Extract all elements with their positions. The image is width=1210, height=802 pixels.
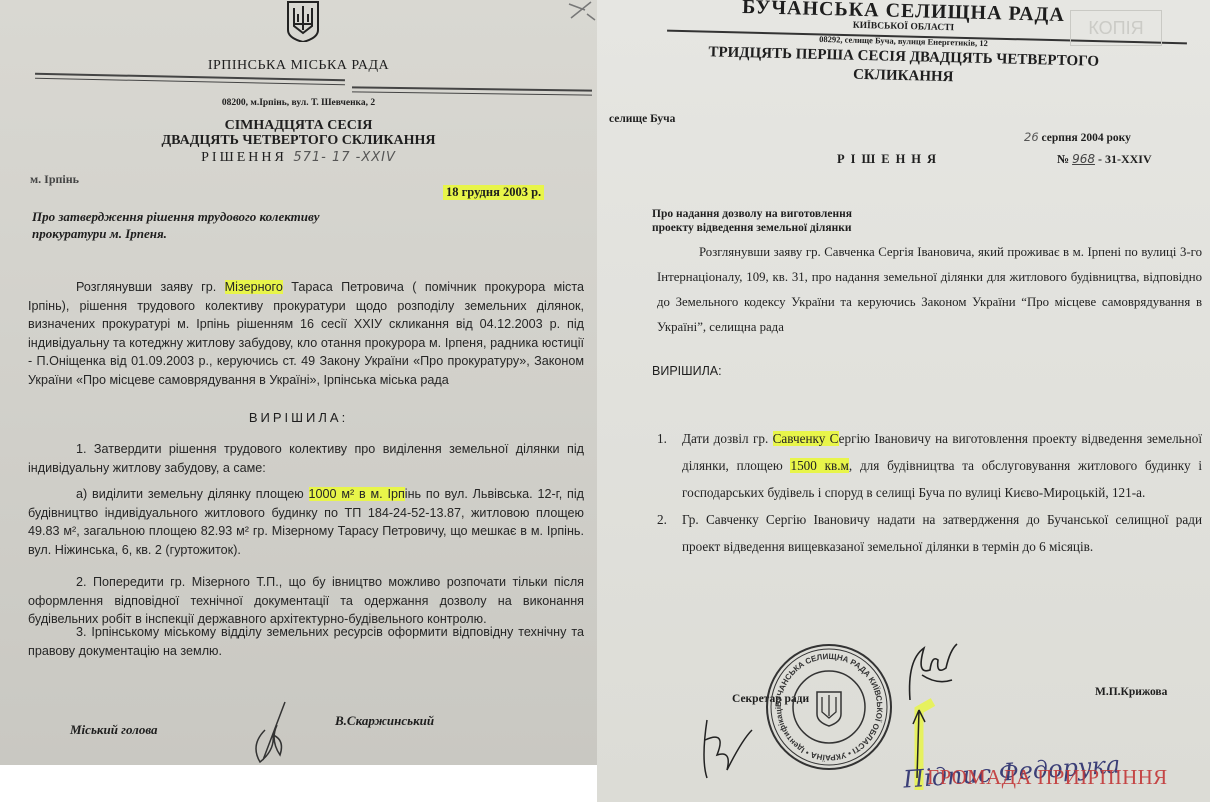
- item-text: а) виділити земельну ділянку площею: [76, 487, 309, 501]
- decision-number: № 968 - 31-XXIV: [1057, 152, 1152, 167]
- decision-number-handwritten: 571- 17 -XXIV: [293, 150, 396, 165]
- decision-label: РІШЕННЯ: [201, 150, 287, 165]
- council-name: ІРПІНСЬКА МІСЬКА РАДА: [0, 58, 597, 74]
- item-text: Гр. Савченку Сергію Івановичу надати на …: [682, 512, 1202, 554]
- preamble-text: Тараса Петровича ( помічник прокурора мі…: [28, 280, 584, 387]
- decision-number-handwritten: 968: [1072, 152, 1095, 166]
- copy-stamp-text: КОПІЯ: [1088, 18, 1143, 39]
- handwritten-mark-icon: [565, 0, 597, 22]
- council-address: 08200, м.Ірпінь, вул. Т. Шевченка, 2: [0, 98, 597, 108]
- official-seal-icon: БУЧАНСЬКА СЕЛИЩНА РАДА КИЇВСЬКОЇ ОБЛАСТІ…: [762, 640, 897, 775]
- bucha-council-decision-document: БУЧАНСЬКА СЕЛИЩНА РАДА КИЇВСЬКОЇ ОБЛАСТІ…: [597, 0, 1210, 802]
- date-rest: серпня 2004 року: [1039, 132, 1131, 144]
- header-divider: [352, 91, 592, 95]
- number-suffix: - 31-XXIV: [1095, 152, 1152, 166]
- resolution-item-1: 1.Дати дозвіл гр. Савченку Сергію Іванов…: [657, 425, 1202, 506]
- decision-subject: Про надання дозволу на виготовлення прое…: [652, 207, 952, 235]
- signature-icon: [902, 640, 962, 705]
- subject-line-2: проекту відведення земельної ділянки: [652, 221, 952, 235]
- highlighted-surname: Савченку С: [773, 431, 839, 446]
- signatory-title: Міський голова: [70, 722, 158, 738]
- preamble-paragraph: Розглянувши заяву гр. Мізерного Тараса П…: [28, 278, 584, 389]
- village: селище Буча: [609, 113, 675, 125]
- resolution-item-3: 3. Ірпінському міському відділу земельни…: [28, 623, 584, 660]
- decision-label: РІШЕННЯ: [837, 152, 942, 167]
- resolution-item-2: 2.Гр. Савченку Сергію Івановичу надати н…: [657, 506, 1202, 560]
- highlighted-surname: Мізерного: [225, 280, 283, 294]
- resolved-heading: ВИРІШИЛА:: [0, 410, 597, 425]
- date-day-handwritten: 26: [1024, 130, 1039, 144]
- session-line-2: ДВАДЦЯТЬ ЧЕТВЕРТОГО СКЛИКАННЯ: [0, 133, 597, 148]
- resolved-heading: ВИРІШИЛА:: [652, 364, 722, 378]
- decision-date: 26 серпня 2004 року: [1024, 130, 1131, 144]
- decision-heading: РІШЕННЯ 571- 17 -XXIV: [0, 150, 597, 166]
- resolution-item-1: 1. Затвердити рішення трудового колектив…: [28, 440, 584, 477]
- copy-stamp: КОПІЯ: [1070, 10, 1162, 46]
- signatory-name: В.Скаржинський: [335, 713, 434, 729]
- session-title: СІМНАДЦЯТА СЕСІЯ ДВАДЦЯТЬ ЧЕТВЕРТОГО СКЛ…: [0, 118, 597, 148]
- preamble-paragraph: Розглянувши заяву гр. Савченка Сергія Ів…: [657, 240, 1202, 340]
- session-line-1: СІМНАДЦЯТА СЕСІЯ: [0, 118, 597, 133]
- item-number: 2.: [657, 506, 667, 533]
- resolution-list: 1.Дати дозвіл гр. Савченку Сергію Іванов…: [657, 425, 1202, 560]
- resolution-item-1a: а) виділити земельну ділянку площею 1000…: [28, 485, 584, 559]
- highlighted-plot-area: 1500 кв.м: [790, 458, 848, 473]
- subject-line-1: Про надання дозволу на виготовлення: [652, 207, 952, 221]
- number-prefix: №: [1057, 152, 1072, 166]
- city: м. Ірпінь: [30, 172, 79, 187]
- highlighted-plot-area: 1000 м² в м. Ірп: [309, 487, 405, 501]
- irpin-council-decision-document: ІРПІНСЬКА МІСЬКА РАДА 08200, м.Ірпінь, в…: [0, 0, 597, 765]
- signatory-name: М.П.Крижова: [1095, 686, 1167, 698]
- item-number: 1.: [657, 425, 667, 452]
- watermark: ГРОМАДА ПРИІРПІННЯ: [927, 765, 1167, 790]
- decision-subject: Про затвердження рішення трудового колек…: [32, 208, 352, 242]
- decision-date: 18 грудня 2003 р.: [443, 185, 544, 200]
- preamble-text: Розглянувши заяву гр.: [76, 280, 225, 294]
- item-text: Дати дозвіл гр.: [682, 431, 773, 446]
- resolution-item-2: 2. Попередити гр. Мізерного Т.П., що бу …: [28, 573, 584, 629]
- second-signature-icon: [697, 710, 757, 780]
- signature-icon: [245, 700, 305, 765]
- header-divider: [35, 73, 345, 81]
- trident-emblem-icon: [283, 0, 323, 42]
